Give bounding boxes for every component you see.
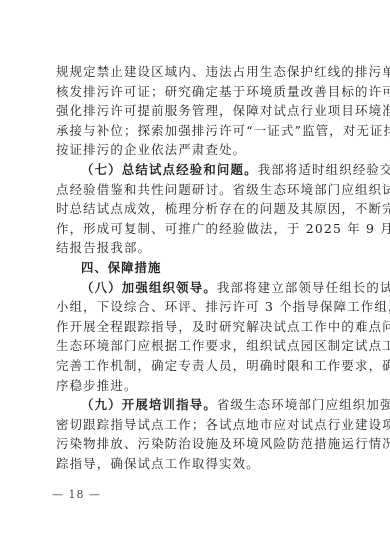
section-9-title: （九）开展培训指导。 — [81, 397, 217, 412]
text-line: 核发排污许可证；研究确定基于环境质量改善目标的许可排放量； — [56, 82, 342, 102]
page-number: — 18 — — [52, 488, 101, 501]
text-line: 承接与补位；探索加强排污许可“一证式”监管，对无证排污、不 — [56, 121, 342, 141]
text-line: 作，形成可复制、可推广的经验做法，于 2025 年 9 月底前将试点总 — [56, 219, 342, 239]
text-line: 完善工作机制，确定专责人员，明确时限和工作要求，确保试点有 — [56, 356, 342, 376]
section-heading-4: 四、保障措施 — [56, 258, 342, 278]
text-line: 密切跟踪指导试点工作；各试点地市应对试点行业建设项目选址、 — [56, 415, 342, 435]
text-line: 踪指导，确保试点工作取得实效。 — [56, 454, 342, 474]
text-line: 作开展全程跟踪指导，及时研究解决试点工作中的难点问题。省级 — [56, 317, 342, 337]
text-line: 污染物排放、污染防治设施及环境风险防范措施运行情况等开展跟 — [56, 434, 342, 454]
text-line: 序稳步推进。 — [56, 376, 342, 396]
text-line: 强化排污许可提前服务管理，保障对试点行业项目环境准入管理的 — [56, 101, 342, 121]
section-9-start: （九）开展培训指导。省级生态环境部门应组织加强宣贯培训， — [56, 395, 342, 415]
text-line: 小组，下设综合、环评、排污许可 3 个指导保障工作组，对试点工 — [56, 297, 342, 317]
section-8-start: （八）加强组织领导。我部将建立部领导任组长的试点工作领导 — [56, 278, 342, 298]
section-7-start: （七）总结试点经验和问题。我部将适时组织经验交流，加强试 — [56, 160, 342, 180]
text-line: 按证排污的企业依法严肃查处。 — [56, 140, 342, 160]
text-line: 生态环境部门应根据工作要求，组织试点园区制定试点工作方案， — [56, 336, 342, 356]
text-line: 点经验借鉴和共性问题研讨。省级生态环境部门应组织试点园区及 — [56, 180, 342, 200]
text-line: 结报告报我部。 — [56, 238, 342, 258]
text-line: 时总结试点成效，梳理分析存在的问题及其原因，不断完善相关工 — [56, 199, 342, 219]
section-8-title: （八）加强组织领导。 — [81, 280, 217, 295]
section-7-title: （七）总结试点经验和问题。 — [81, 162, 258, 177]
document-page: 规规定禁止建设区域内、违法占用生态保护红线的排污单位，不予 核发排污许可证；研究… — [56, 62, 342, 473]
text-line: 规规定禁止建设区域内、违法占用生态保护红线的排污单位，不予 — [56, 62, 342, 82]
